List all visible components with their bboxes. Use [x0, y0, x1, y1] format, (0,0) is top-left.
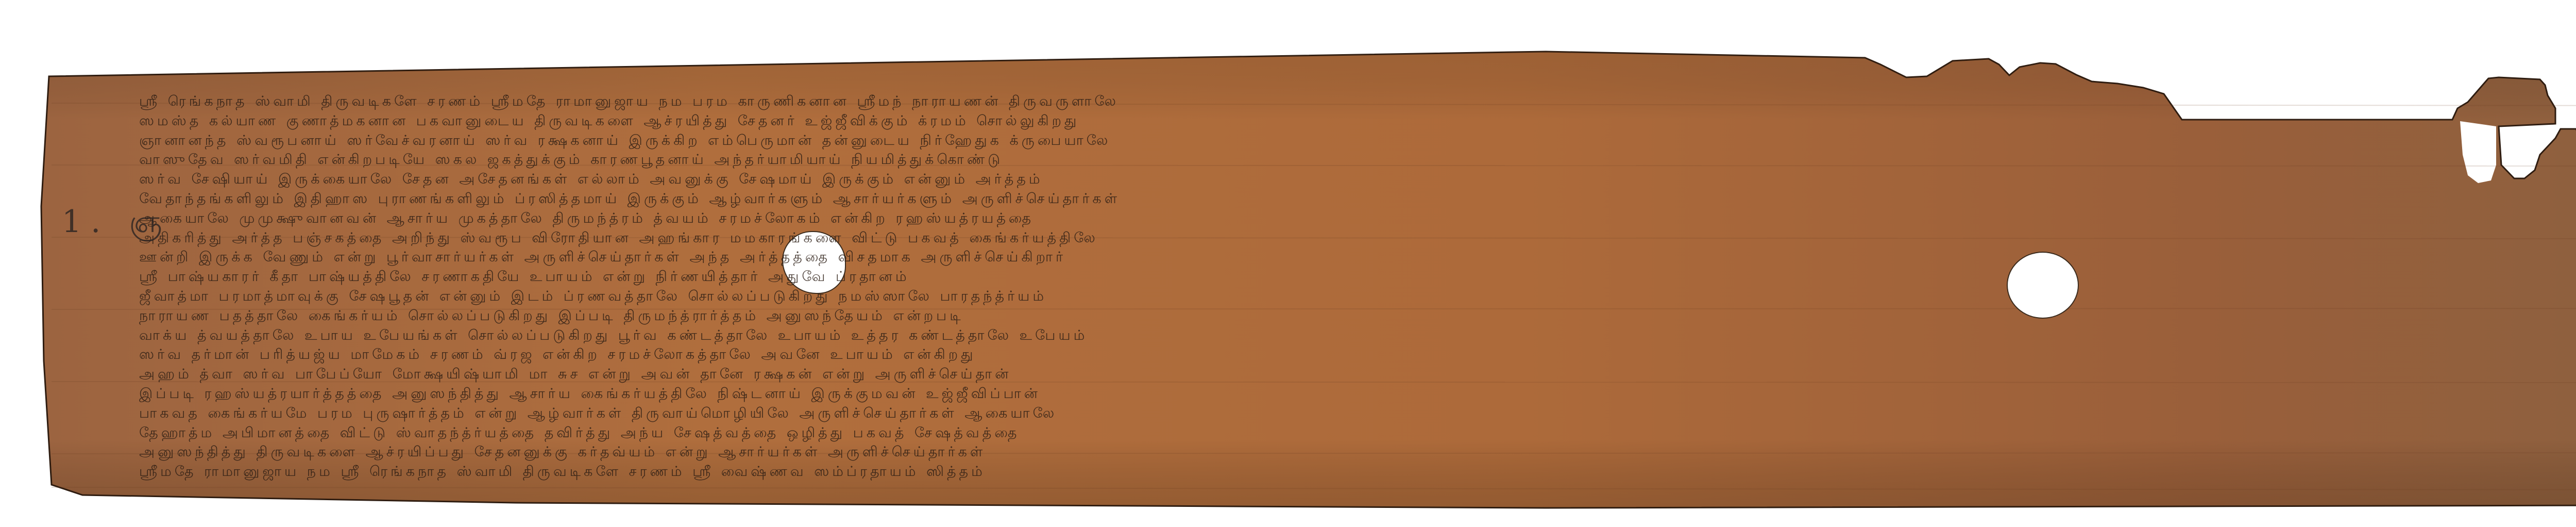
text-line: வாஸுதேவ ஸர்வமிதி என்கிறபடியே ஸகல ஜகத்துக… — [139, 150, 2576, 170]
text-line: இப்படி ரஹஸ்யத்ரயார்த்தத்தை அனுஸந்தித்து … — [139, 384, 2576, 404]
text-line: ஸர்வ தர்மான் பரித்யஜ்ய மாமேகம் சரணம் வ்ர… — [139, 345, 2576, 365]
text-line: அஹம் த்வா ஸர்வ பாபேப்யோ மோக்ஷயிஷ்யாமி மா… — [139, 365, 2576, 384]
text-line: அனுஸந்தித்து திருவடிகளை ஆச்ரயிப்பது சேதன… — [139, 442, 2576, 462]
text-line: ஸ்ரீ ரெங்கநாத ஸ்வாமி திருவடிகளே சரணம் ஸ்… — [139, 92, 2576, 111]
text-line: ஜீவாத்மா பரமாத்மாவுக்கு சேஷபூதன் என்னும்… — [139, 287, 2576, 306]
text-line: ஸமஸ்த கல்யாண குணாத்மகனான பகவானுடைய திருவ… — [139, 111, 2576, 131]
text-line: நாராயண பதத்தாலே கைங்கர்யம் சொல்லப்படுகிற… — [139, 306, 2576, 326]
text-line: ஸ்ரீமதே ராமானுஜாய நம ஸ்ரீ ரெங்கநாத ஸ்வாம… — [139, 462, 2576, 482]
palm-leaf-manuscript: ஸ்ரீ ரெங்கநாத ஸ்வாமி திருவடிகளே சரணம் ஸ்… — [0, 0, 2576, 527]
text-line: ஸர்வ சேஷியாய் இருக்கையாலே சேதன அசேதனங்கள… — [139, 170, 2576, 189]
text-line: ஆகையாலே முமுக்ஷுவானவன் ஆசார்ய முகத்தாலே … — [139, 209, 2576, 228]
text-line: ஸ்ரீ பாஷ்யகாரர் கீதா பாஷ்யத்திலே சரணாகதி… — [139, 267, 2576, 287]
text-line: ஊன்றி இருக்க வேணும் என்று பூர்வாசார்யர்க… — [139, 248, 2576, 267]
text-line: வேதாந்தங்களிலும் இதிஹாஸ புராணங்களிலும் ப… — [139, 189, 2576, 209]
manuscript-text: ஸ்ரீ ரெங்கநாத ஸ்வாமி திருவடிகளே சரணம் ஸ்… — [139, 92, 2576, 482]
text-line: ஞானானந்த ஸ்வரூபனாய் ஸர்வேச்வரனாய் ஸர்வ ர… — [139, 131, 2576, 151]
text-line: பாகவத கைங்கர்யமே பரம புருஷார்த்தம் என்று… — [139, 404, 2576, 423]
text-line: வாக்ய த்வயத்தாலே உபாய உபேயங்கள் சொல்லப்ப… — [139, 326, 2576, 345]
margin-note-left: 1. ஞ — [62, 204, 172, 244]
text-line: தேஹாத்ம அபிமானத்தை விட்டு ஸ்வாதந்த்ர்யத்… — [139, 423, 2576, 443]
text-line: அதிகரித்து அர்த்த பஞ்சகத்தை அறிந்து ஸ்வர… — [139, 228, 2576, 248]
